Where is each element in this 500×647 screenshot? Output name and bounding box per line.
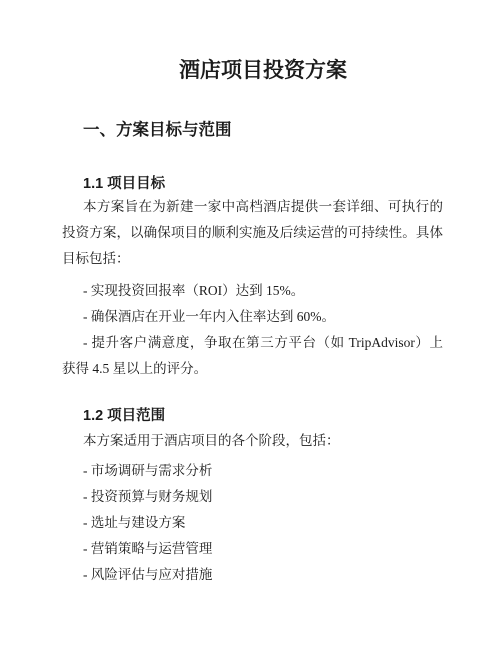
paragraph-project-goals: 本方案旨在为新建一家中高档酒店提供一套详细、可执行的投资方案，以确保项目的顺利实… <box>62 194 443 272</box>
scope-bullet-list: - 市场调研与需求分析 - 投资预算与财务规划 - 选址与建设方案 - 营销策略… <box>62 458 443 588</box>
scope-bullet-market-research: - 市场调研与需求分析 <box>62 458 443 484</box>
goal-bullet-satisfaction: - 提升客户满意度，争取在第三方平台（如 TripAdvisor）上获得 4.5… <box>62 330 443 382</box>
scope-bullet-marketing-operations: - 营销策略与运营管理 <box>62 536 443 562</box>
scope-bullet-site-construction: - 选址与建设方案 <box>62 510 443 536</box>
subsection-heading-1-1: 1.1 项目目标 <box>62 174 443 194</box>
document-title: 酒店项目投资方案 <box>62 56 443 86</box>
scope-bullet-risk-assessment: - 风险评估与应对措施 <box>62 562 443 588</box>
goal-bullet-list: - 实现投资回报率（ROI）达到 15%。 - 确保酒店在开业一年内入住率达到 … <box>62 278 443 382</box>
section-heading-1: 一、方案目标与范围 <box>62 118 443 142</box>
scope-bullet-budget-planning: - 投资预算与财务规划 <box>62 484 443 510</box>
document-page: 酒店项目投资方案 一、方案目标与范围 1.1 项目目标 本方案旨在为新建一家中高… <box>0 0 500 647</box>
goal-bullet-occupancy: - 确保酒店在开业一年内入住率达到 60%。 <box>62 304 443 330</box>
subsection-heading-1-2: 1.2 项目范围 <box>62 406 443 426</box>
paragraph-project-scope: 本方案适用于酒店项目的各个阶段，包括： <box>62 428 443 454</box>
goal-bullet-roi: - 实现投资回报率（ROI）达到 15%。 <box>62 278 443 304</box>
